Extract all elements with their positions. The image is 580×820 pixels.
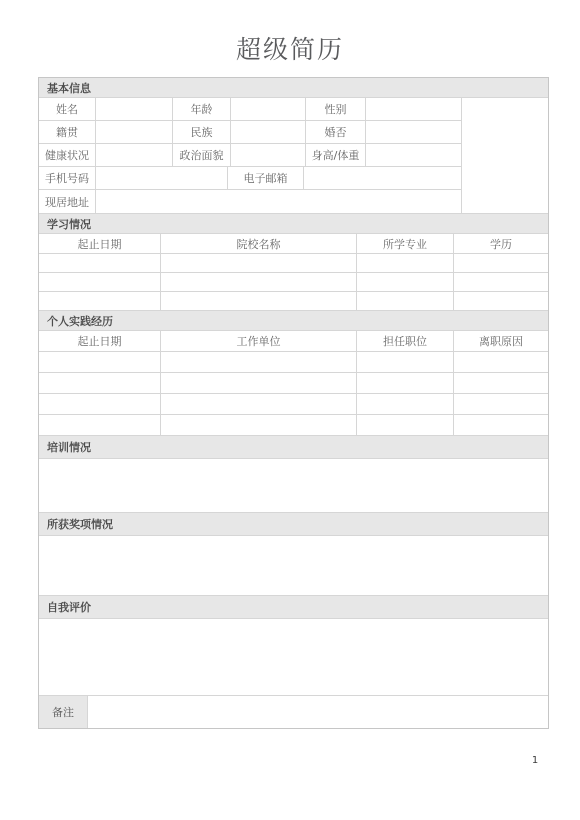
education-col-degree: 学历: [454, 234, 548, 253]
notes-row: 备注: [39, 696, 548, 728]
section-header-basic-info: 基本信息: [39, 78, 548, 98]
education-cell-empty[interactable]: [357, 292, 454, 310]
resume-form: 基本信息 姓名 年龄 性别 籍贯 民族 婚否: [38, 77, 549, 729]
name-label: 姓名: [39, 98, 96, 120]
health-field[interactable]: [96, 144, 173, 166]
education-cell-empty[interactable]: [39, 254, 161, 272]
marital-status-field[interactable]: [366, 121, 461, 143]
training-textarea[interactable]: [39, 459, 548, 513]
practice-col-employer: 工作单位: [161, 331, 357, 351]
practice-cell-empty[interactable]: [39, 415, 161, 435]
photo-placeholder[interactable]: [461, 98, 548, 213]
marital-status-label: 婚否: [306, 121, 366, 143]
education-cell-empty[interactable]: [357, 254, 454, 272]
section-header-education: 学习情况: [39, 214, 548, 234]
name-field[interactable]: [96, 98, 173, 120]
notes-label: 备注: [39, 696, 88, 728]
table-row: [39, 254, 548, 273]
self-evaluation-textarea[interactable]: [39, 619, 548, 696]
education-header-row: 起止日期 院校名称 所学专业 学历: [39, 234, 548, 254]
practice-cell-empty[interactable]: [454, 415, 548, 435]
table-row: [39, 373, 548, 394]
basic-info-section: 姓名 年龄 性别 籍贯 民族 婚否 健康状况: [39, 98, 548, 214]
practice-cell-empty[interactable]: [357, 352, 454, 372]
basic-info-row-3: 健康状况 政治面貌 身高/体重: [39, 144, 461, 167]
education-col-school: 院校名称: [161, 234, 357, 253]
ethnicity-field[interactable]: [231, 121, 306, 143]
age-label: 年龄: [173, 98, 231, 120]
education-cell-empty[interactable]: [357, 273, 454, 291]
phone-label: 手机号码: [39, 167, 96, 189]
practice-header-row: 起止日期 工作单位 担任职位 离职原因: [39, 331, 548, 352]
height-weight-label: 身高/体重: [306, 144, 366, 166]
practice-cell-empty[interactable]: [39, 373, 161, 393]
address-field[interactable]: [96, 190, 461, 213]
practice-cell-empty[interactable]: [39, 352, 161, 372]
practice-cell-empty[interactable]: [454, 373, 548, 393]
education-cell-empty[interactable]: [454, 292, 548, 310]
practice-cell-empty[interactable]: [454, 394, 548, 414]
height-weight-field[interactable]: [366, 144, 461, 166]
table-row: [39, 394, 548, 415]
practice-cell-empty[interactable]: [357, 394, 454, 414]
table-row: [39, 292, 548, 311]
ethnicity-label: 民族: [173, 121, 231, 143]
education-cell-empty[interactable]: [454, 254, 548, 272]
education-cell-empty[interactable]: [39, 292, 161, 310]
basic-info-row-4: 手机号码 电子邮箱: [39, 167, 461, 190]
basic-info-row-5: 现居地址: [39, 190, 461, 213]
health-label: 健康状况: [39, 144, 96, 166]
practice-col-leave-reason: 离职原因: [454, 331, 548, 351]
address-label: 现居地址: [39, 190, 96, 213]
native-place-label: 籍贯: [39, 121, 96, 143]
gender-field[interactable]: [366, 98, 461, 120]
table-row: [39, 352, 548, 373]
table-row: [39, 415, 548, 436]
age-field[interactable]: [231, 98, 306, 120]
basic-info-row-2: 籍贯 民族 婚否: [39, 121, 461, 144]
political-status-label: 政治面貌: [173, 144, 231, 166]
education-col-dates: 起止日期: [39, 234, 161, 253]
political-status-field[interactable]: [231, 144, 306, 166]
education-cell-empty[interactable]: [161, 254, 357, 272]
awards-textarea[interactable]: [39, 536, 548, 596]
education-table: 起止日期 院校名称 所学专业 学历: [39, 234, 548, 311]
resume-page: 超级简历 基本信息 姓名 年龄 性别 籍贯 民族 婚否: [0, 0, 580, 820]
basic-info-row-1: 姓名 年龄 性别: [39, 98, 461, 121]
practice-cell-empty[interactable]: [161, 352, 357, 372]
native-place-field[interactable]: [96, 121, 173, 143]
phone-field[interactable]: [96, 167, 228, 189]
practice-col-dates: 起止日期: [39, 331, 161, 351]
section-header-self-evaluation: 自我评价: [39, 596, 548, 619]
notes-field[interactable]: [88, 696, 548, 728]
education-cell-empty[interactable]: [161, 292, 357, 310]
page-number: 1: [528, 755, 542, 766]
section-header-practice: 个人实践经历: [39, 311, 548, 331]
practice-cell-empty[interactable]: [454, 352, 548, 372]
education-col-major: 所学专业: [357, 234, 454, 253]
practice-cell-empty[interactable]: [357, 373, 454, 393]
practice-cell-empty[interactable]: [161, 373, 357, 393]
page-title: 超级简历: [0, 30, 580, 66]
education-cell-empty[interactable]: [454, 273, 548, 291]
gender-label: 性别: [306, 98, 366, 120]
education-cell-empty[interactable]: [161, 273, 357, 291]
practice-cell-empty[interactable]: [39, 394, 161, 414]
email-label: 电子邮箱: [228, 167, 304, 189]
practice-table: 起止日期 工作单位 担任职位 离职原因: [39, 331, 548, 436]
practice-col-position: 担任职位: [357, 331, 454, 351]
practice-cell-empty[interactable]: [357, 415, 454, 435]
practice-cell-empty[interactable]: [161, 394, 357, 414]
email-field[interactable]: [304, 167, 461, 189]
section-header-awards: 所获奖项情况: [39, 513, 548, 536]
table-row: [39, 273, 548, 292]
practice-cell-empty[interactable]: [161, 415, 357, 435]
section-header-training: 培训情况: [39, 436, 548, 459]
education-cell-empty[interactable]: [39, 273, 161, 291]
